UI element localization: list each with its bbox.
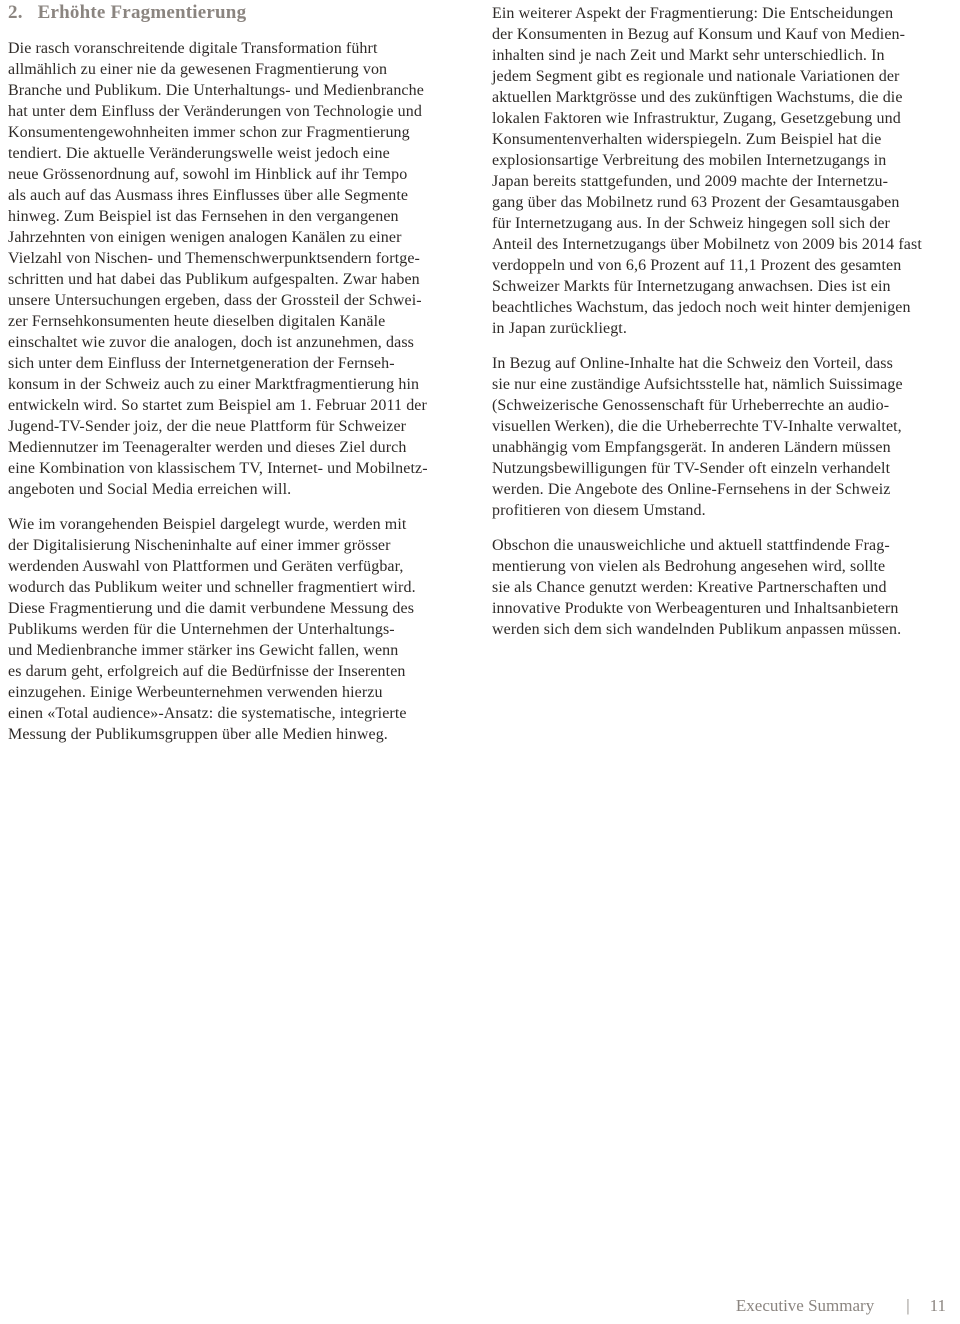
section-heading: 2.Erhöhte Fragmentierung [8,0,246,26]
section-number: 2. [8,2,23,23]
paragraph: Wie im vorangehenden Beispiel dargelegt … [8,514,478,745]
document-page: 2.Erhöhte Fragmentierung Die rasch voran… [0,0,960,1324]
page-number: 11 [930,1296,946,1315]
left-column: Die rasch voranschreitende digitale Tran… [8,38,478,759]
right-column: Ein weiterer Aspekt der Fragmentierung: … [492,3,960,654]
paragraph: Ein weiterer Aspekt der Fragmentierung: … [492,3,960,339]
footer-section-label: Executive Summary [736,1296,874,1315]
page-footer: Executive Summary|11 [736,1295,946,1316]
paragraph: Obschon die unausweichliche und aktuell … [492,535,960,640]
footer-separator: | [906,1296,909,1315]
paragraph: In Bezug auf Online-Inhalte hat die Schw… [492,353,960,521]
section-title: Erhöhte Fragmentierung [38,2,247,23]
paragraph: Die rasch voranschreitende digitale Tran… [8,38,478,500]
